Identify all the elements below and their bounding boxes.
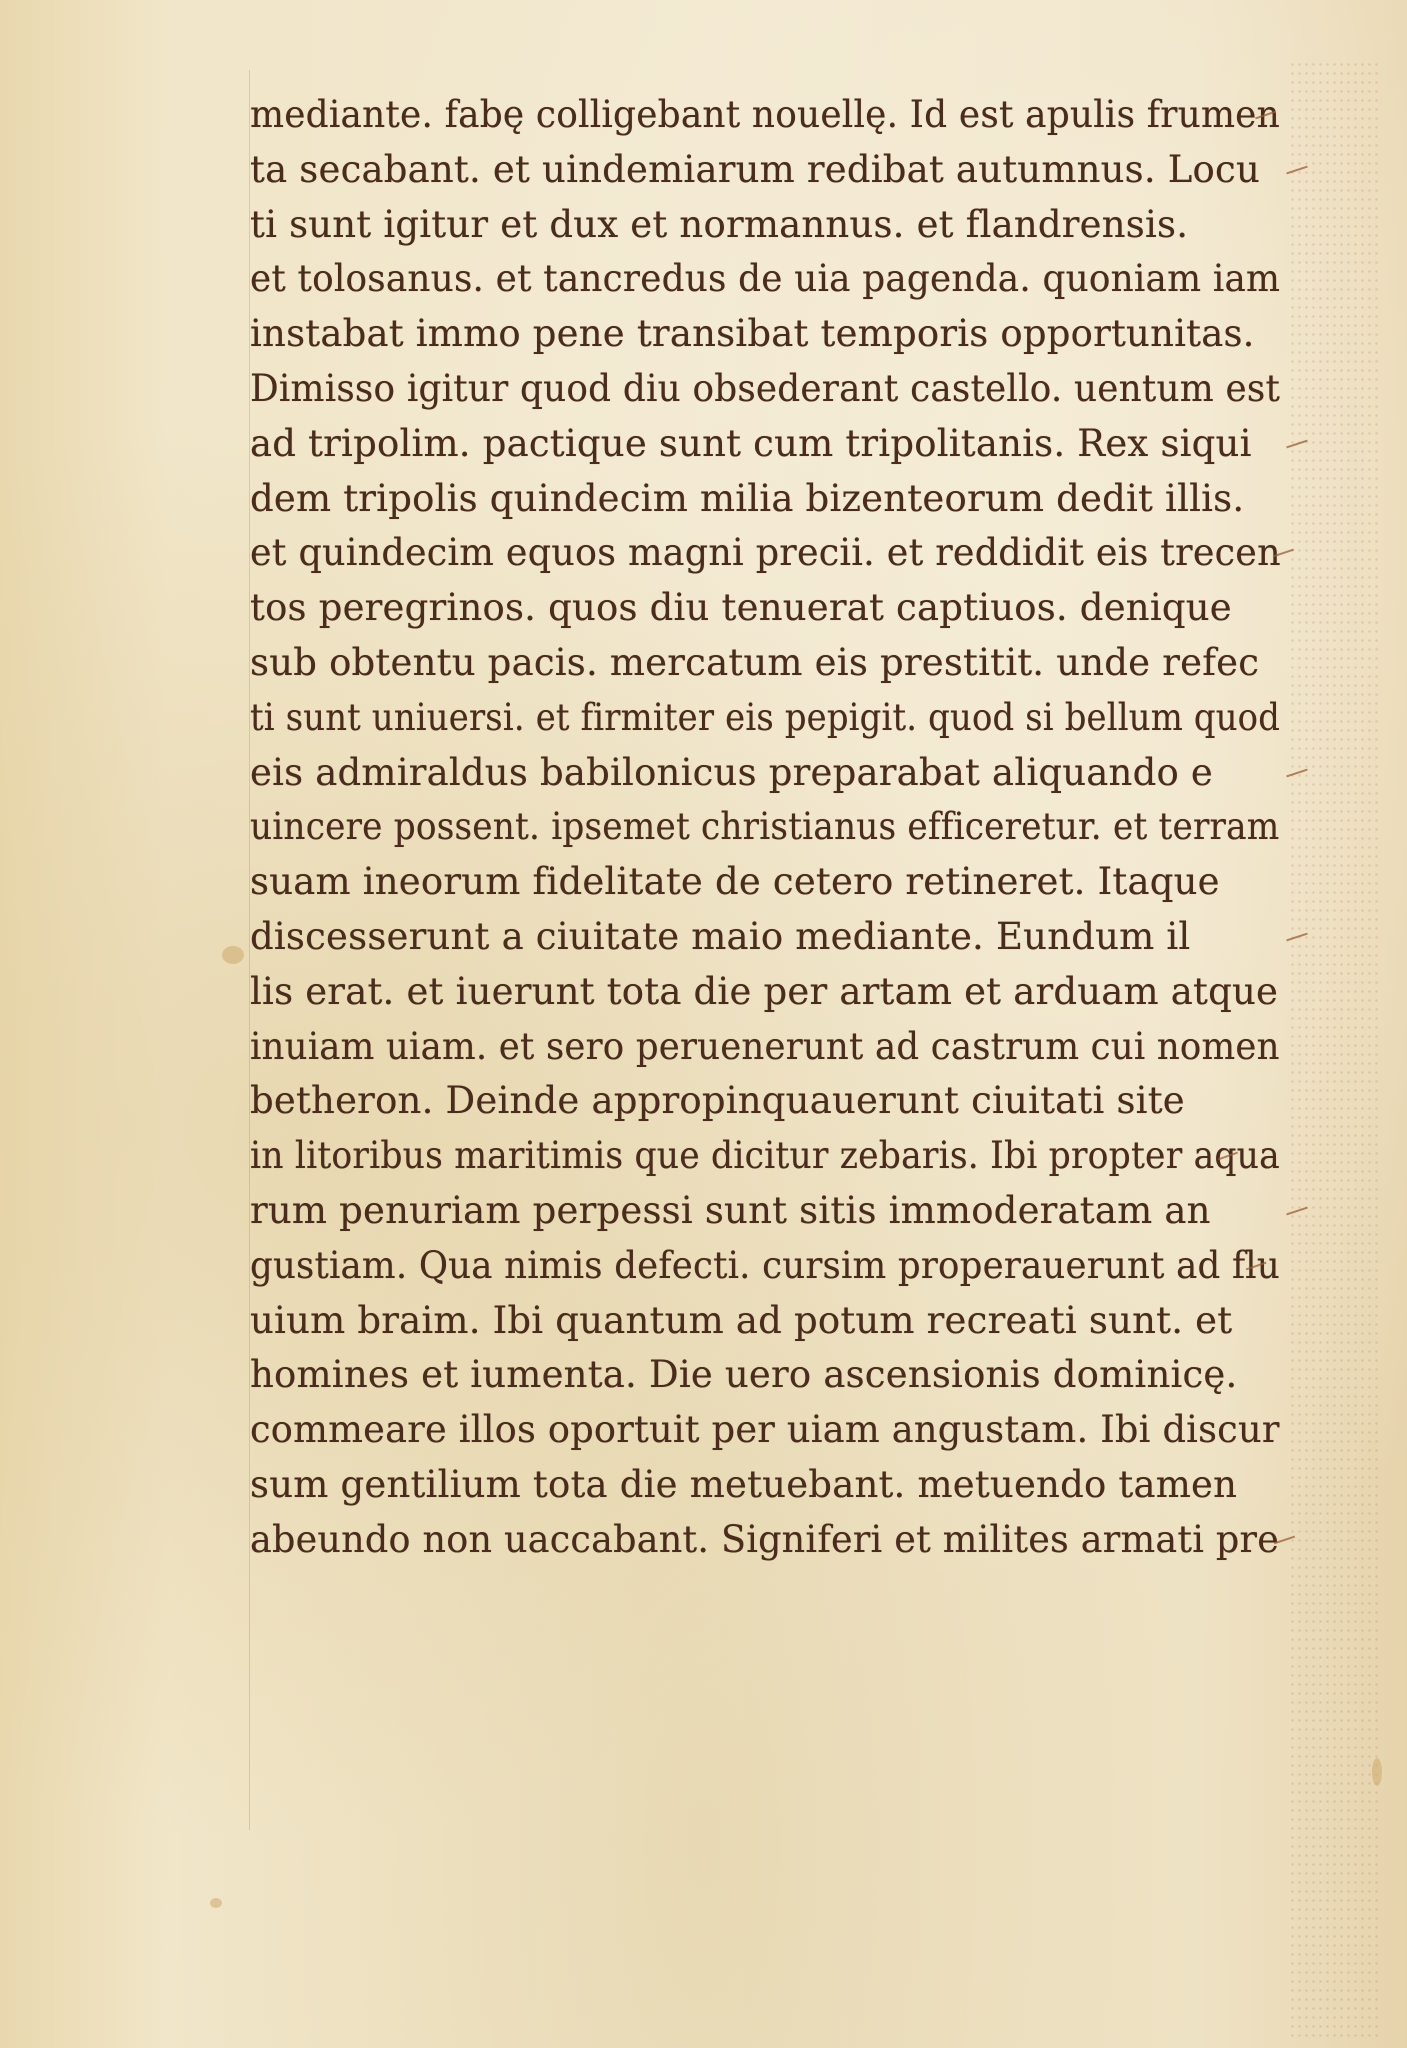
parchment-stain bbox=[222, 946, 244, 964]
text-line: betheron. Deinde appropinquauerunt ciuit… bbox=[250, 1074, 1280, 1129]
text-line: ta secabant. et uindemiarum redibat autu… bbox=[250, 143, 1280, 198]
text-line: et quindecim equos magni precii. et redd… bbox=[250, 526, 1267, 581]
text-line: mediante. fabę colligebant nouellę. Id e… bbox=[250, 88, 1249, 143]
text-line: uium braim. Ibi quantum ad potum recreat… bbox=[250, 1294, 1280, 1349]
text-line: lis erat. et iuerunt tota die per artam … bbox=[250, 965, 1280, 1020]
text-line: sub obtentu pacis. mercatum eis prestiti… bbox=[250, 636, 1280, 691]
text-line: in litoribus maritimis que dicitur zebar… bbox=[250, 1129, 1212, 1184]
line-end-flourish bbox=[1218, 1152, 1238, 1161]
text-line: gustiam. Qua nimis defecti. cursim prope… bbox=[250, 1239, 1240, 1294]
parchment-stain bbox=[1372, 1758, 1382, 1786]
text-line: rum penuriam perpessi sunt sitis immoder… bbox=[250, 1184, 1280, 1239]
line-end-flourish bbox=[1246, 1261, 1267, 1270]
text-line: ad tripolim. pactique sunt cum tripolita… bbox=[250, 417, 1280, 472]
line-end-flourish bbox=[1255, 111, 1276, 120]
text-line: tos peregrinos. quos diu tenuerat captiu… bbox=[250, 581, 1280, 636]
text-line: ti sunt uniuersi. et firmiter eis pepigi… bbox=[250, 691, 1191, 746]
pricking-marks bbox=[1289, 60, 1379, 2040]
text-line: discesserunt a ciuitate maio mediante. E… bbox=[250, 910, 1280, 965]
parchment-stain bbox=[210, 1898, 222, 1908]
text-line: uincere possent. ipsemet christianus eff… bbox=[250, 800, 1205, 855]
text-line: eis admiraldus babilonicus preparabat al… bbox=[250, 746, 1280, 801]
text-line: instabat immo pene transibat temporis op… bbox=[250, 307, 1280, 362]
text-line: inuiam uiam. et sero peruenerunt ad cast… bbox=[250, 1020, 1239, 1075]
manuscript-folio: mediante. fabę colligebant nouellę. Id e… bbox=[0, 0, 1407, 2048]
text-line: Dimisso igitur quod diu obsederant caste… bbox=[250, 362, 1247, 417]
text-line: homines et iumenta. Die uero ascensionis… bbox=[250, 1348, 1280, 1403]
text-line: commeare illos oportuit per uiam angusta… bbox=[250, 1403, 1273, 1458]
text-line: abeundo non uaccabant. Signiferi et mili… bbox=[250, 1513, 1268, 1568]
text-line: sum gentilium tota die metuebant. metuen… bbox=[250, 1458, 1280, 1513]
text-line: suam ineorum fidelitate de cetero retine… bbox=[250, 855, 1280, 910]
text-line: ti sunt igitur et dux et normannus. et f… bbox=[250, 198, 1280, 253]
text-line: et tolosanus. et tancredus de uia pagend… bbox=[250, 252, 1247, 307]
text-column: mediante. fabę colligebant nouellę. Id e… bbox=[250, 88, 1280, 1568]
text-line: dem tripolis quindecim milia bizenteorum… bbox=[250, 472, 1280, 527]
